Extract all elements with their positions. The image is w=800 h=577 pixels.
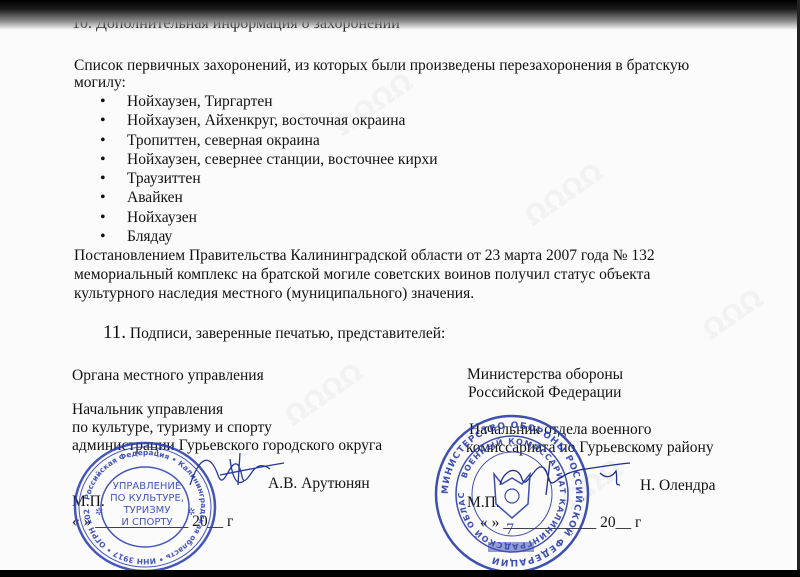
right-signatory-body-line-2: Российской Федерации (468, 384, 621, 402)
svg-text:УПРАВЛЕНИЕ: УПРАВЛЕНИЕ (113, 481, 182, 492)
svg-text:И СПОРТУ: И СПОРТУ (121, 517, 172, 528)
list-item: Траузиттен (100, 169, 438, 188)
right-signatory-name: Н. Олендра (640, 477, 716, 495)
section-11-heading: 11. Подписи, заверенные печатью, предста… (103, 324, 445, 343)
list-item: Нойхаузен, Айхенкруг, восточная окраина (100, 111, 438, 130)
scanned-document-page: ΩΩΩΩ ΩΩΩΩ ΩΩΩ ΩΩΩΩ ΩΩΩ 10. Дополнительна… (0, 0, 797, 570)
section-number: 11. (103, 322, 126, 343)
list-item: Нойхаузен (100, 208, 438, 227)
watermark: ΩΩΩ (697, 284, 769, 347)
list-item: Нойхаузен, Тиргартен (100, 92, 438, 111)
resolution-line-1: Постановлением Правительства Калининград… (74, 247, 655, 265)
svg-text:ПО КУЛЬТУРЕ,: ПО КУЛЬТУРЕ, (110, 493, 184, 504)
left-position-line-1: Начальник управления (72, 401, 223, 419)
svg-text:7: 7 (506, 521, 514, 538)
watermark: ΩΩΩΩ (279, 357, 369, 432)
svg-text:✲: ✲ (187, 507, 195, 518)
right-signatory-body-line-1: Министерства обороны (467, 366, 623, 384)
section-title: Подписи, заверенные печатью, представите… (130, 325, 445, 342)
left-signature-icon (180, 445, 290, 505)
list-item: Нойхаузен, севернее станции, восточнее к… (100, 150, 438, 169)
left-position-line-2: по культуре, туризму и спорту (72, 419, 272, 437)
scan-bottom-edge (0, 570, 800, 577)
right-signature-icon (490, 455, 640, 505)
watermark: ΩΩΩΩ (519, 157, 609, 232)
list-item: Тропиттен, северная окраина (100, 131, 438, 150)
resolution-line-3: культурного наследия местного (муниципал… (74, 285, 474, 303)
list-item: Блядау (100, 227, 438, 246)
list-item: Авайкен (100, 188, 438, 207)
burials-intro-line-1: Список первичных захоронений, из которых… (74, 57, 689, 75)
scan-top-shadow (0, 0, 800, 30)
resolution-line-2: мемориальный комплекс на братской могиле… (74, 266, 650, 284)
svg-text:ТУРИЗМУ: ТУРИЗМУ (123, 505, 171, 516)
burial-sites-list: Нойхаузен, Тиргартен Нойхаузен, Айхенкру… (100, 92, 438, 246)
svg-text:✲: ✲ (95, 507, 103, 518)
burials-intro-line-2: могилу: (74, 74, 126, 92)
left-signatory-body: Органа местного управления (72, 367, 264, 385)
